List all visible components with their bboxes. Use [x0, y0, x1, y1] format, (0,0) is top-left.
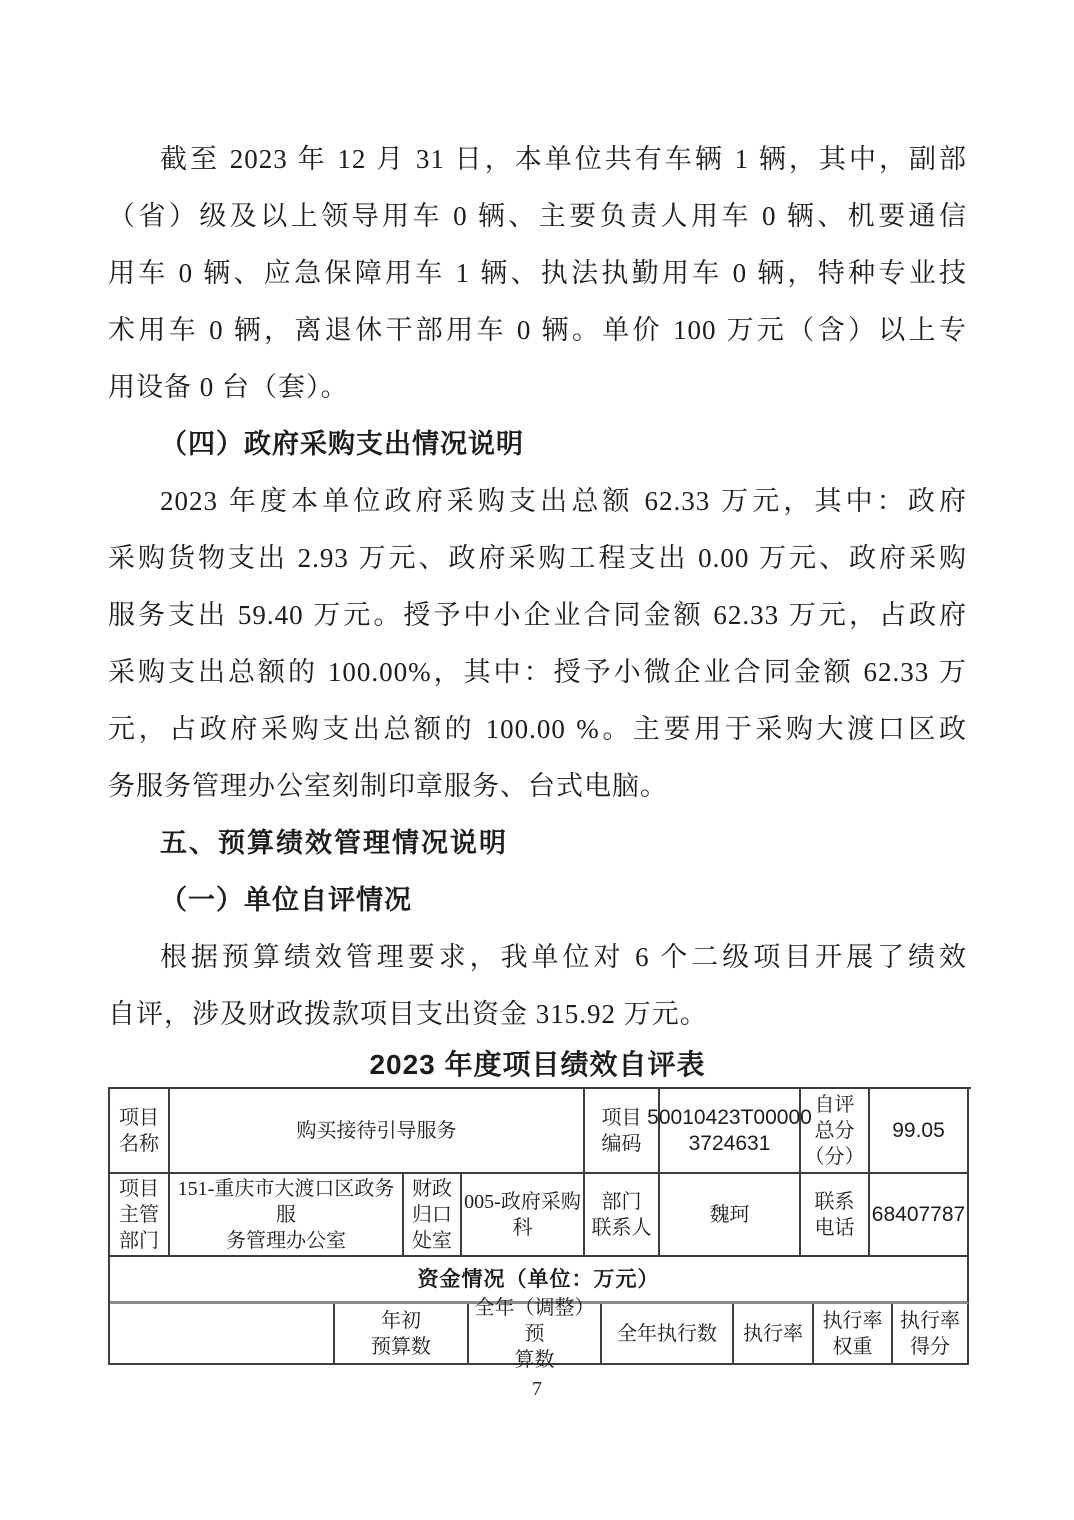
table-row-department: 项目 主管 部门 151-重庆市大渡口区政务服 务管理办公室 财政 归口 处室 …: [110, 1174, 971, 1257]
document-page: 截至 2023 年 12 月 31 日，本单位共有车辆 1 辆，其中，副部 （省…: [0, 0, 1074, 1520]
cell-self-score-value: 99.05: [870, 1089, 969, 1174]
cell-funds-blank: [110, 1304, 335, 1365]
table-title: 2023 年度项目绩效自评表: [108, 1043, 967, 1087]
cell-finance-office-label: 财政 归口 处室: [404, 1174, 462, 1257]
cell-dept-value: 151-重庆市大渡口区政务服 务管理办公室: [170, 1174, 404, 1257]
cell-project-code-value: 50010423T00000 3724631: [660, 1089, 801, 1174]
cell-contact-label: 部门 联系人: [585, 1174, 660, 1257]
cell-contact-value: 魏珂: [660, 1174, 801, 1257]
body-line: 用车 0 辆、应急保障用车 1 辆、执法执勤用车 0 辆，特种专业技: [108, 245, 967, 302]
body-line: 用设备 0 台（套）。: [108, 359, 967, 416]
section-heading-performance: 五、预算绩效管理情况说明: [108, 815, 967, 872]
cell-phone-label: 联系 电话: [801, 1174, 870, 1257]
table-row-funds-headers: 年初 预算数 全年（调整）预 算数 全年执行数 执行率 执行率 权重 执行率 得…: [110, 1304, 971, 1365]
cell-header-adjusted-budget: 全年（调整）预 算数: [469, 1304, 602, 1365]
cell-dept-label: 项目 主管 部门: [110, 1174, 170, 1257]
body-line: 根据预算绩效管理要求，我单位对 6 个二级项目开展了绩效: [108, 929, 967, 986]
page-number: 7: [0, 1378, 1074, 1401]
section-heading-procurement: （四）政府采购支出情况说明: [108, 416, 967, 473]
body-line: 2023 年度本单位政府采购支出总额 62.33 万元，其中：政府: [108, 473, 967, 530]
body-line: 采购货物支出 2.93 万元、政府采购工程支出 0.00 万元、政府采购: [108, 530, 967, 587]
body-line: 自评，涉及财政拨款项目支出资金 315.92 万元。: [108, 986, 967, 1043]
body-line: 服务支出 59.40 万元。授予中小企业合同金额 62.33 万元，占政府: [108, 587, 967, 644]
cell-header-execution-rate: 执行率: [734, 1304, 814, 1365]
body-line: 采购支出总额的 100.00%，其中：授予小微企业合同金额 62.33 万: [108, 644, 967, 701]
body-line: （省）级及以上领导用车 0 辆、主要负责人用车 0 辆、机要通信: [108, 188, 967, 245]
cell-phone-value: 68407787: [870, 1174, 969, 1257]
cell-finance-office-value: 005-政府采购 科: [462, 1174, 585, 1257]
table-row-project: 项目 名称 购买接待引导服务 项目 编码 50010423T00000 3724…: [110, 1089, 971, 1174]
subsection-heading-self-eval: （一）单位自评情况: [108, 872, 967, 929]
cell-header-rate-score: 执行率 得分: [893, 1304, 969, 1365]
cell-project-name-label: 项目 名称: [110, 1089, 170, 1174]
cell-header-rate-weight: 执行率 权重: [814, 1304, 893, 1365]
self-eval-table: 项目 名称 购买接待引导服务 项目 编码 50010423T00000 3724…: [108, 1087, 971, 1365]
body-line: 截至 2023 年 12 月 31 日，本单位共有车辆 1 辆，其中，副部: [108, 131, 967, 188]
cell-header-executed: 全年执行数: [602, 1304, 734, 1365]
cell-project-name-value: 购买接待引导服务: [170, 1089, 585, 1174]
document-body: 截至 2023 年 12 月 31 日，本单位共有车辆 1 辆，其中，副部 （省…: [108, 131, 967, 1365]
body-line: 术用车 0 辆，离退休干部用车 0 辆。单价 100 万元（含）以上专: [108, 302, 967, 359]
cell-header-initial-budget: 年初 预算数: [335, 1304, 469, 1365]
body-line: 元，占政府采购支出总额的 100.00 %。主要用于采购大渡口区政: [108, 701, 967, 758]
cell-self-score-label: 自评 总分 （分）: [801, 1089, 870, 1174]
body-line: 务服务管理办公室刻制印章服务、台式电脑。: [108, 758, 967, 815]
